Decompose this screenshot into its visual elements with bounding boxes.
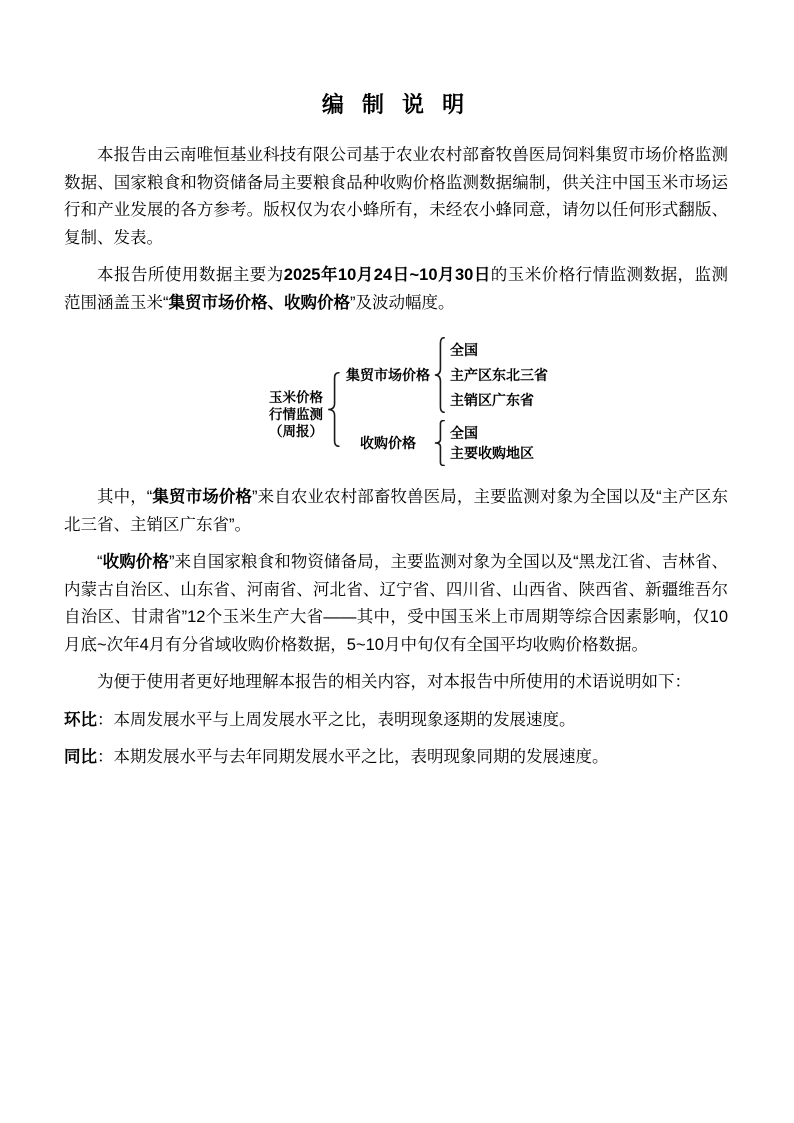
- term-label: 环比: [64, 711, 97, 729]
- diagram-leaf: 主销区广东省: [450, 390, 548, 410]
- term-definition-text: ：本期发展水平与去年同期发展水平之比，表明现象同期的发展速度。: [97, 748, 609, 766]
- diagram-branch-purchase-price: 收购价格 全国 主要收购地区: [343, 420, 548, 466]
- diagram-branches: 集贸市场价格 全国 主产区东北三省 主销区广东省 收购价格 全国 主要收购地区: [343, 337, 548, 466]
- diagram-branch-label: 集贸市场价格: [343, 365, 433, 385]
- paragraph-purchase-price: “收购价格”来自国家粮食和物资储备局，主要监测对象为全国以及“黑龙江省、吉林省、…: [64, 549, 728, 659]
- curly-brace-icon: [433, 420, 446, 466]
- paragraph-terms-intro: 为便于使用者更好地理解本报告的相关内容，对本报告中所使用的术语说明如下：: [64, 669, 728, 697]
- diagram-branch-label: 收购价格: [343, 433, 433, 453]
- diagram-leaf: 主产区东北三省: [450, 365, 548, 385]
- term-definition-huanbi: 环比：本周发展水平与上周发展水平之比，表明现象逐期的发展速度。: [64, 707, 728, 735]
- curly-brace-icon: [433, 337, 446, 413]
- diagram-branch-market-price: 集贸市场价格 全国 主产区东北三省 主销区广东省: [343, 337, 548, 413]
- paragraph-data-scope: 本报告所使用数据主要为2025年10月24日~10月30日的玉米价格行情监测数据…: [64, 262, 728, 317]
- market-price-term: 集贸市场价格: [152, 488, 252, 506]
- paragraph-market-price: 其中，“集贸市场价格”来自农业农村部畜牧兽医局，主要监测对象为全国以及“主产区东…: [64, 484, 728, 539]
- diagram-leaf-list: 全国 主要收购地区: [446, 423, 534, 463]
- date-range-text: 2025年10月24日~10月30日: [284, 266, 491, 284]
- diagram-root-label: 玉米价格 行情监测 （周报）: [269, 389, 323, 440]
- text-run: ”及波动幅度。: [350, 294, 455, 312]
- diagram-root-line: 行情监测: [269, 406, 323, 423]
- diagram-leaf: 全国: [450, 423, 534, 443]
- text-run: 其中，“: [97, 488, 152, 506]
- text-run: 本报告所使用数据主要为: [97, 266, 284, 284]
- purchase-price-term: 收购价格: [103, 553, 170, 571]
- term-definition-text: ：本周发展水平与上周发展水平之比，表明现象逐期的发展速度。: [97, 711, 576, 729]
- price-monitoring-diagram: 玉米价格 行情监测 （周报） 集贸市场价格 全国 主产区东北三省 主销区广东省 …: [269, 337, 548, 466]
- term-definition-tongbi: 同比：本期发展水平与去年同期发展水平之比，表明现象同期的发展速度。: [64, 744, 728, 772]
- diagram-root-line: 玉米价格: [269, 389, 323, 406]
- diagram-leaf-list: 全国 主产区东北三省 主销区广东省: [446, 340, 548, 410]
- diagram-leaf: 全国: [450, 340, 548, 360]
- page-title: 编 制 说 明: [64, 92, 728, 118]
- document-page: 编 制 说 明 本报告由云南唯恒基业科技有限公司基于农业农村部畜牧兽医局饲料集贸…: [0, 0, 794, 1123]
- curly-brace-icon: [326, 372, 341, 447]
- paragraph-intro: 本报告由云南唯恒基业科技有限公司基于农业农村部畜牧兽医局饲料集贸市场价格监测数据…: [64, 142, 728, 252]
- term-label: 同比: [64, 748, 97, 766]
- monitored-terms-text: 集贸市场价格、收购价格: [169, 294, 351, 312]
- diagram-leaf: 主要收购地区: [450, 443, 534, 463]
- diagram-root-line: （周报）: [269, 423, 323, 440]
